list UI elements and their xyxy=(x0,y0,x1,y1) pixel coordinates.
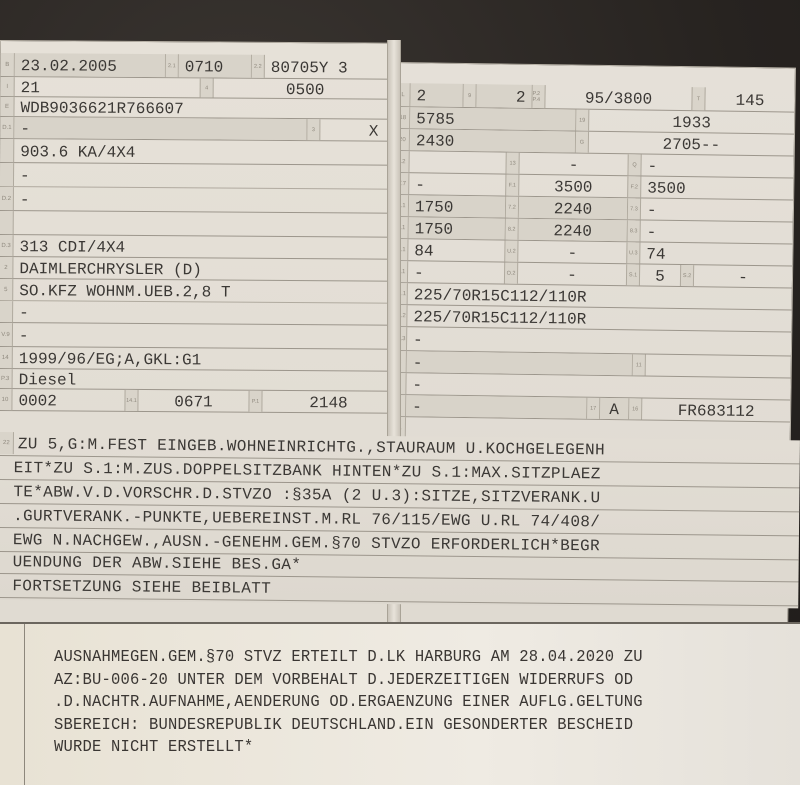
field-row-5-b: - xyxy=(0,301,395,326)
field-label: 2.1 xyxy=(165,54,179,77)
field-value-trailer-braked: - xyxy=(408,261,504,283)
field-value-color-code xyxy=(646,355,791,378)
field-value-axle-load-3: - xyxy=(641,198,793,221)
field-value-length: 5785 xyxy=(410,107,575,130)
field-label: S.2 xyxy=(680,265,694,286)
field-label: P.2 P.4 xyxy=(531,85,545,108)
field-value-type-approval-date: - xyxy=(406,395,586,419)
field-value-emission-directive: 1999/96/EG;A,GKL:G1 xyxy=(13,347,395,371)
field-label: S.1 xyxy=(626,264,640,285)
field-label: 14.1 xyxy=(124,390,138,411)
field-label: 9 xyxy=(462,84,476,107)
field-value-axle-permitted-1: 1750 xyxy=(409,217,505,239)
field-label xyxy=(0,211,14,234)
field-label: P.1 xyxy=(248,391,262,412)
margin-line xyxy=(24,624,25,785)
field-label: F.2 xyxy=(627,176,641,197)
field-value-noise-rpm: - xyxy=(518,241,626,264)
field-value-max-speed: 145 xyxy=(705,87,794,111)
field-value-manufacturer: DAIMLERCHRYSLER (D) xyxy=(13,257,395,281)
field-row-j: I 21 4 0500 xyxy=(1,77,397,100)
field-label xyxy=(0,301,13,322)
field-value-height: 2430 xyxy=(410,129,575,152)
field-value-fuel-type: Diesel xyxy=(13,369,395,391)
field-row-d2-b: D.2 - xyxy=(0,187,396,214)
field-value-vehicle-class: 21 xyxy=(15,77,200,97)
field-value-type: - xyxy=(14,163,396,189)
field-label: U.3 xyxy=(626,242,640,263)
field-label: 17 xyxy=(586,398,600,419)
field-value-trailer-unbraked: - xyxy=(518,263,626,286)
field-value-check-digit: X xyxy=(320,119,396,141)
field-value-tank-volume xyxy=(409,151,505,173)
field-label: 3 xyxy=(306,119,320,140)
supplement-text: AUSNAHMEGEN.GEM.§70 STVZ ERTEILT D.LK HA… xyxy=(54,646,643,759)
field-value-type-variant: - xyxy=(14,187,396,213)
field-row-10: 10 0002 14.1 0671 P.1 2148 xyxy=(0,389,395,414)
field-value-body-type: 0500 xyxy=(214,78,397,98)
field-row-d2-c xyxy=(0,211,396,238)
field-label: E xyxy=(0,97,14,116)
field-row-d3: D.3 313 CDI/4X4 xyxy=(0,235,396,260)
field-value-manufacturer-code: 0710 xyxy=(179,54,251,78)
field-label: P.3 xyxy=(0,369,13,388)
field-row-b: B 23.02.2005 2.1 0710 2.2 80705Y 3 xyxy=(1,53,397,80)
field-value-emission-class: - xyxy=(13,323,395,349)
supplement-line: WURDE NICHT ERSTELLT* xyxy=(54,736,643,759)
field-label: G xyxy=(575,132,589,153)
field-value-color: - xyxy=(407,351,632,375)
field-label: 13 xyxy=(505,153,519,174)
field-value-stationary-noise: 84 xyxy=(408,239,504,261)
supplement-sheet: AUSNAHMEGEN.GEM.§70 STVZ ERTEILT D.LK HA… xyxy=(0,622,800,785)
field-value-body-extra: - xyxy=(13,301,395,325)
field-value-support-load: - xyxy=(519,153,627,176)
field-value-make: - xyxy=(14,117,306,140)
field-label: 10 xyxy=(0,389,13,410)
field-label: 16 xyxy=(628,398,642,419)
field-value-empty xyxy=(14,211,396,237)
field-row-5: 5 SO.KFZ WOHNM.UEB.2,8 T xyxy=(0,279,395,304)
field-value-max-mass-permitted: 3500 xyxy=(641,176,793,199)
remarks-section: 22 ZU 5,G:M.FEST EINGEB.WOHNEINRICHTG.,S… xyxy=(0,432,800,640)
supplement-line: .D.NACHTR.AUFNAHME,AENDERUNG OD.ERGAENZU… xyxy=(54,691,643,714)
field-value-trade-name: 313 CDI/4X4 xyxy=(13,235,395,259)
field-value-axle-load-1: 1750 xyxy=(409,195,505,217)
field-label: U.2 xyxy=(504,241,518,262)
field-label: T xyxy=(691,87,705,110)
field-label xyxy=(0,163,14,186)
field-label: 8.3 xyxy=(627,220,641,241)
field-value-first-registration: 23.02.2005 xyxy=(15,53,165,77)
field-value-axle-permitted-3: - xyxy=(641,220,793,243)
field-value-driven-axles: 2 xyxy=(476,84,531,108)
field-row-variant: 903.6 KA/4X4 xyxy=(0,139,396,166)
field-value-drive-noise: 74 xyxy=(640,242,792,265)
field-row-e: E WDB9036621R766607 xyxy=(0,97,396,120)
field-label: 2.2 xyxy=(251,55,265,78)
field-label: 11 xyxy=(632,354,646,375)
field-value-vehicle-class-body: SO.KFZ WOHNM.UEB.2,8 T xyxy=(13,279,395,303)
field-label: 8.2 xyxy=(505,219,519,240)
supplement-line: AUSNAHMEGEN.GEM.§70 STVZ ERTEILT D.LK HA… xyxy=(54,646,643,669)
field-label: 2 xyxy=(0,257,13,278)
field-value-vin: WDB9036621R766607 xyxy=(14,97,396,119)
field-value-document-number: FR683112 xyxy=(642,398,790,421)
field-label: 14 xyxy=(0,347,13,368)
field-value-axle-permitted-2: 2240 xyxy=(519,219,627,242)
field-value-power-weight-ratio: - xyxy=(641,154,793,177)
field-value-standing-places: - xyxy=(694,265,792,287)
field-label: D.3 xyxy=(0,235,14,256)
field-label: 5 xyxy=(0,279,13,300)
field-value-width: 1933 xyxy=(589,110,794,134)
field-value-max-mass-technical: 3500 xyxy=(519,175,627,198)
field-value-co2: - xyxy=(409,173,505,195)
field-value-operating-permit-code: A xyxy=(600,398,628,419)
field-row-p3: P.3 Diesel xyxy=(0,369,395,392)
field-row-2: 2 DAIMLERCHRYSLER (D) xyxy=(0,257,395,282)
field-label: I xyxy=(1,77,15,96)
field-value-seats: 5 xyxy=(640,264,680,286)
field-label: D.1 xyxy=(0,117,14,138)
field-label: 7.2 xyxy=(505,197,519,218)
field-label: 4 xyxy=(200,78,214,97)
field-row-d2: - xyxy=(0,163,396,190)
field-row-14: 14 1999/96/EG;A,GKL:G1 xyxy=(0,347,395,372)
field-label: 7.3 xyxy=(627,198,641,219)
field-label xyxy=(0,139,14,162)
field-value-displacement: 2148 xyxy=(262,391,394,413)
field-value-emission-code: 0002 xyxy=(12,389,124,411)
field-label: B xyxy=(1,53,15,76)
field-value-mass-in-service: 2705-- xyxy=(589,132,794,156)
field-value-axles: 2 xyxy=(410,83,462,107)
field-label: D.2 xyxy=(0,187,14,210)
field-value-power-rpm: 95/3800 xyxy=(545,85,691,110)
field-label: V.9 xyxy=(0,323,13,346)
field-row-d1: D.1 - 3 X xyxy=(0,117,396,142)
field-label: F.1 xyxy=(505,175,519,196)
field-label: O.2 xyxy=(504,263,518,284)
field-label: Q xyxy=(627,154,641,175)
field-row-v9: V.9 - xyxy=(0,323,395,350)
field-value-national-emission-code: 0671 xyxy=(138,390,248,412)
field-value-axle-load-2: 2240 xyxy=(519,197,627,220)
field-value-variant: 903.6 KA/4X4 xyxy=(14,139,396,165)
supplement-line: SBEREICH: BUNDESREPUBLIK DEUTSCHLAND.EIN… xyxy=(54,714,643,737)
field-label: 19 xyxy=(575,110,589,131)
supplement-line: AZ:BU-006-20 UNTER DEM VORBEHALT D.JEDER… xyxy=(54,669,643,692)
field-value-type-code: 80705Y 3 xyxy=(265,55,397,79)
